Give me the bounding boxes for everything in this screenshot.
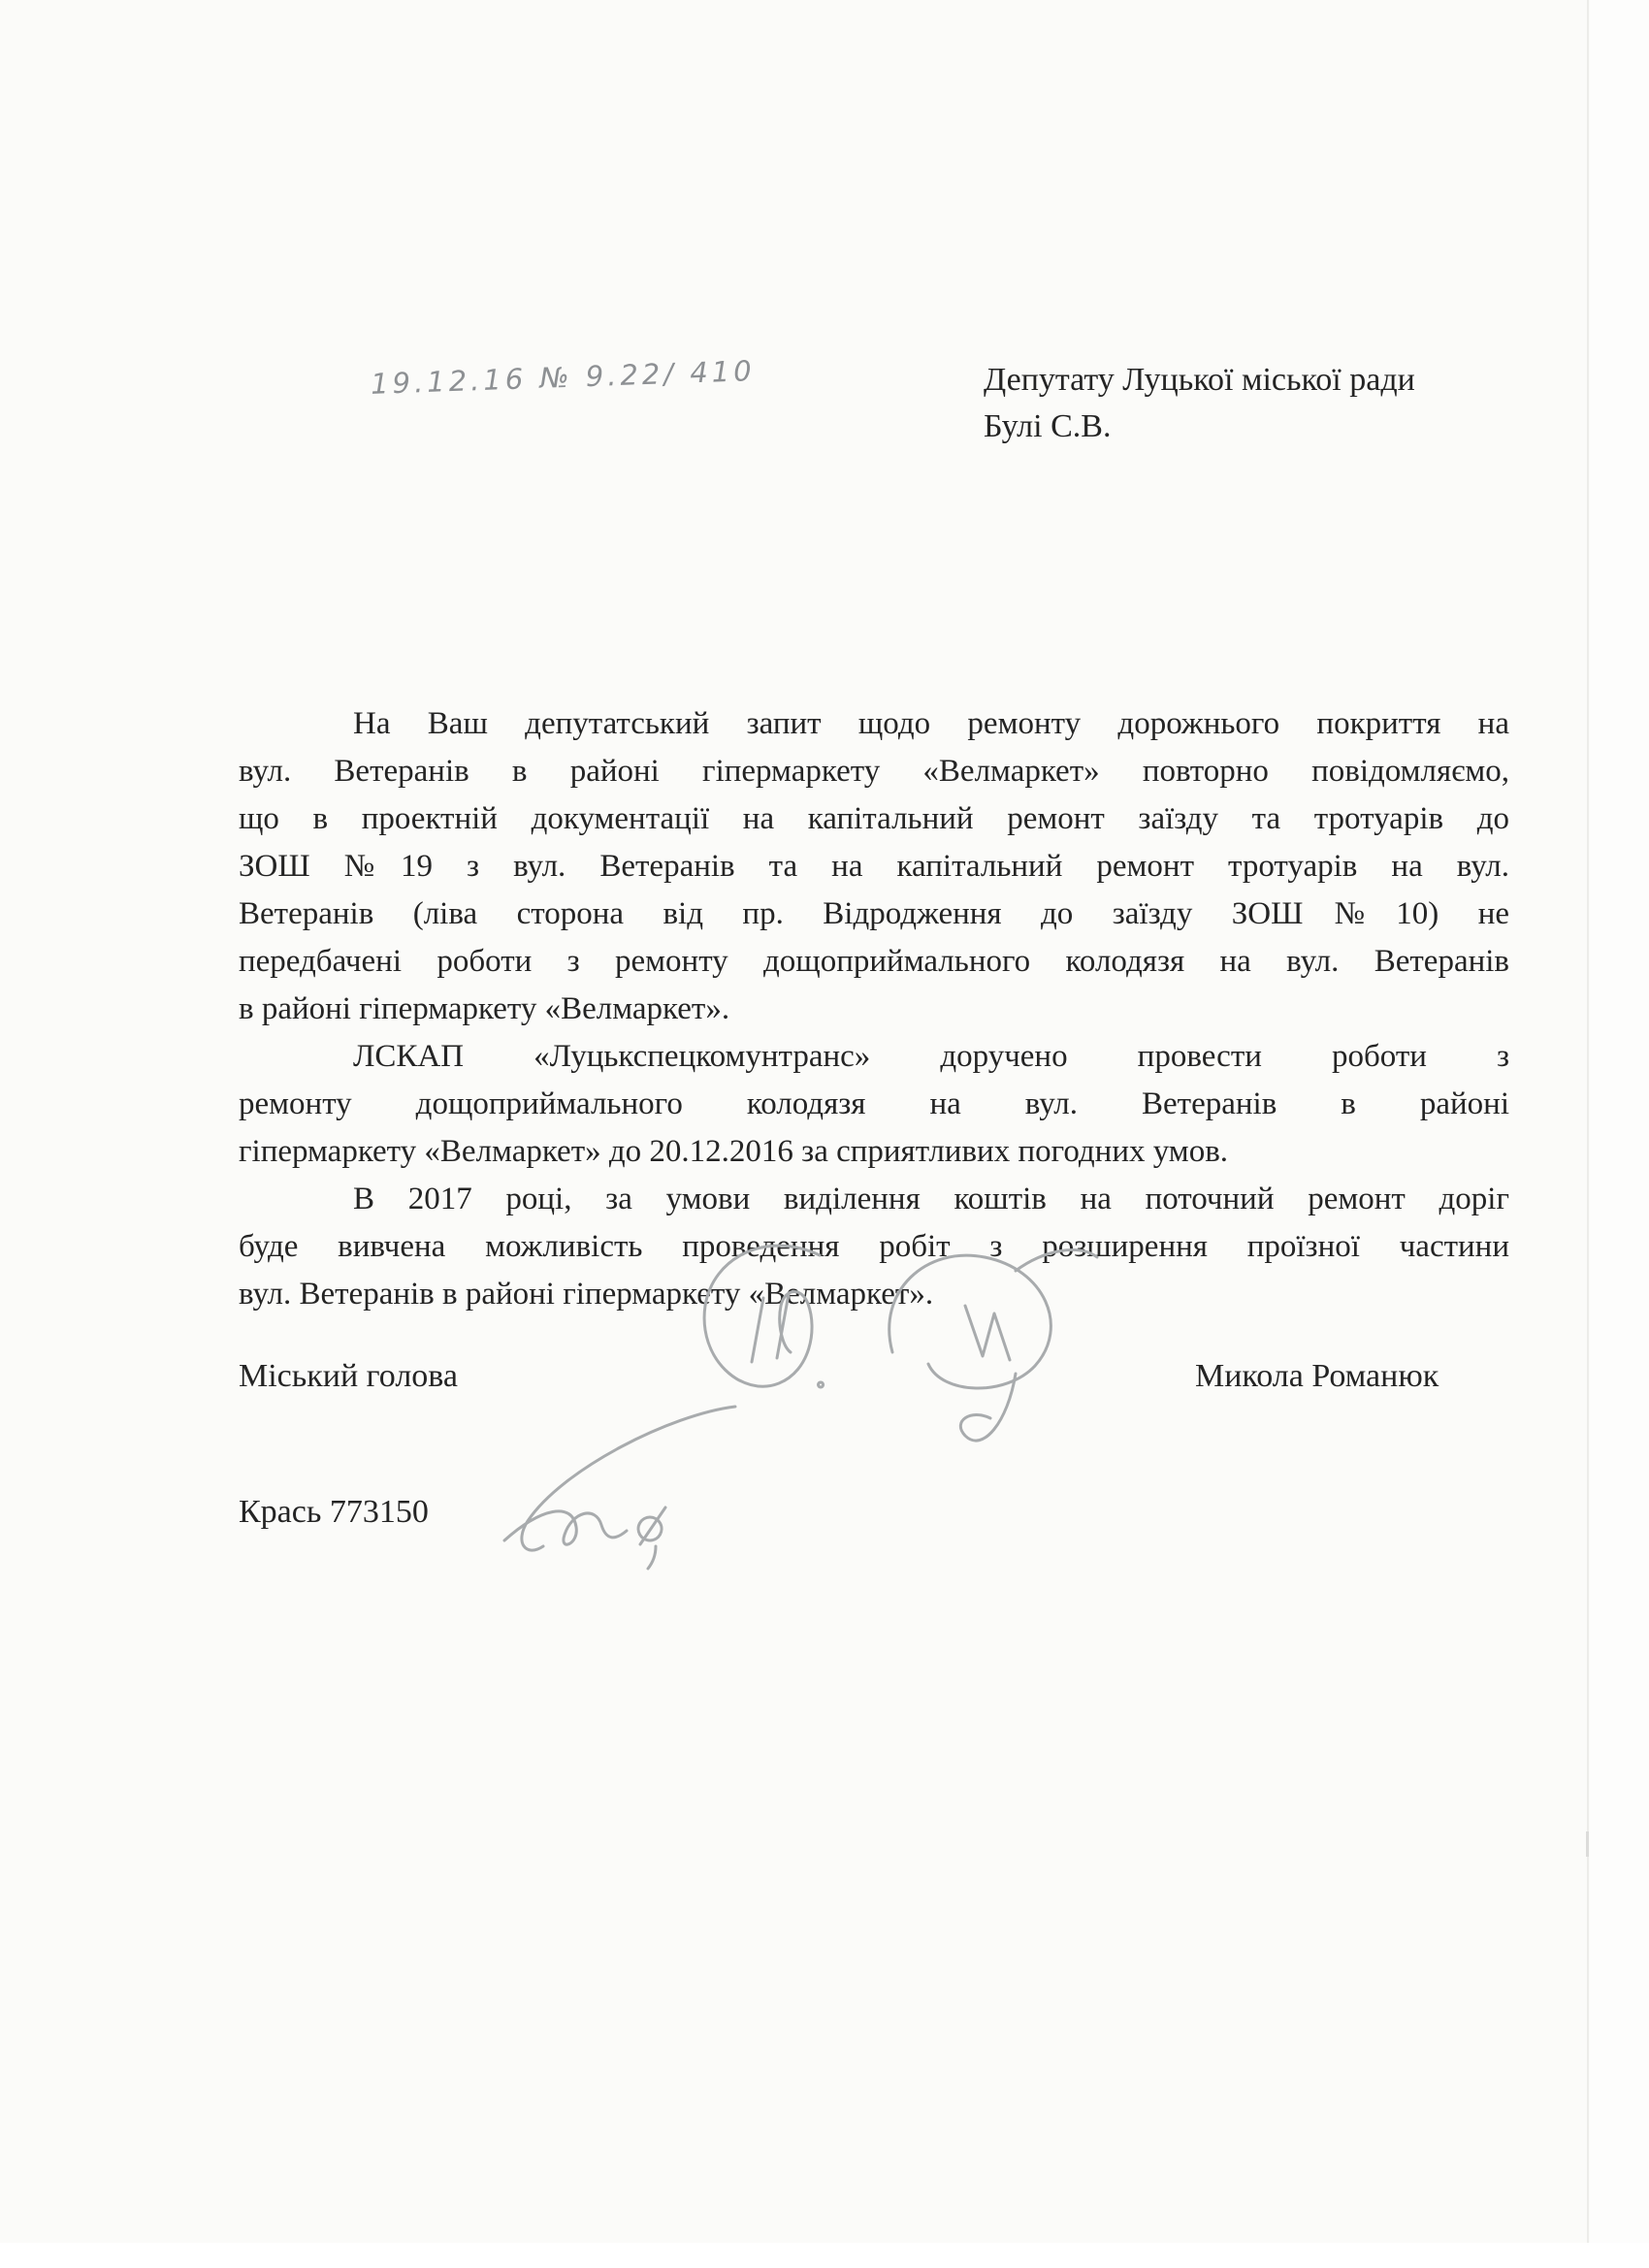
body-line: гіпермаркету «Велмаркет» до 20.12.2016 з… — [239, 1128, 1509, 1176]
body-line: На Ваш депутатський запит щодо ремонту д… — [239, 700, 1509, 748]
paper-edge-line — [1587, 0, 1589, 2243]
paper-edge-mark — [1586, 1831, 1589, 1857]
scanned-letter-page: 19.12.16 № 9.22/ 410 Депутату Луцької мі… — [0, 0, 1649, 2268]
body-line: ремонту дощоприймального колодязя на вул… — [239, 1081, 1509, 1128]
body-line: передбачені роботи з ремонту дощоприймал… — [239, 938, 1509, 986]
letter-body: На Ваш депутатський запит щодо ремонту д… — [239, 700, 1509, 1318]
body-line: Ветеранів (ліва сторона від пр. Відродже… — [239, 891, 1509, 938]
recipient-line-2: Булі С.В. — [984, 404, 1527, 450]
body-line: ЛСКАП «Луцькспецкомунтранс» доручено про… — [239, 1033, 1509, 1081]
body-line: в районі гіпермаркету «Велмаркет». — [239, 986, 1509, 1033]
body-line: ЗОШ №19 з вул. Ветеранів та на капітальн… — [239, 843, 1509, 891]
signer-name: Микола Романюк — [1195, 1358, 1439, 1395]
body-line: що в проектній документації на капітальн… — [239, 795, 1509, 843]
scan-right-margin — [1590, 0, 1649, 2243]
scan-bottom-margin — [0, 2243, 1649, 2268]
body-line: вул. Ветеранів в районі гіпермаркету «Ве… — [239, 748, 1509, 795]
recipient-line-1: Депутату Луцької міської ради — [984, 357, 1527, 404]
recipient-block: Депутату Луцької міської ради Булі С.В. — [984, 357, 1527, 450]
body-line: В 2017 році, за умови виділення коштів н… — [239, 1176, 1509, 1223]
handwritten-registration-note: 19.12.16 № 9.22/ 410 — [371, 354, 757, 401]
executor-phone-note: Крась 773150 — [239, 1494, 429, 1531]
executor-signature — [448, 1393, 759, 1572]
signer-position-title: Міський голова — [239, 1358, 458, 1395]
